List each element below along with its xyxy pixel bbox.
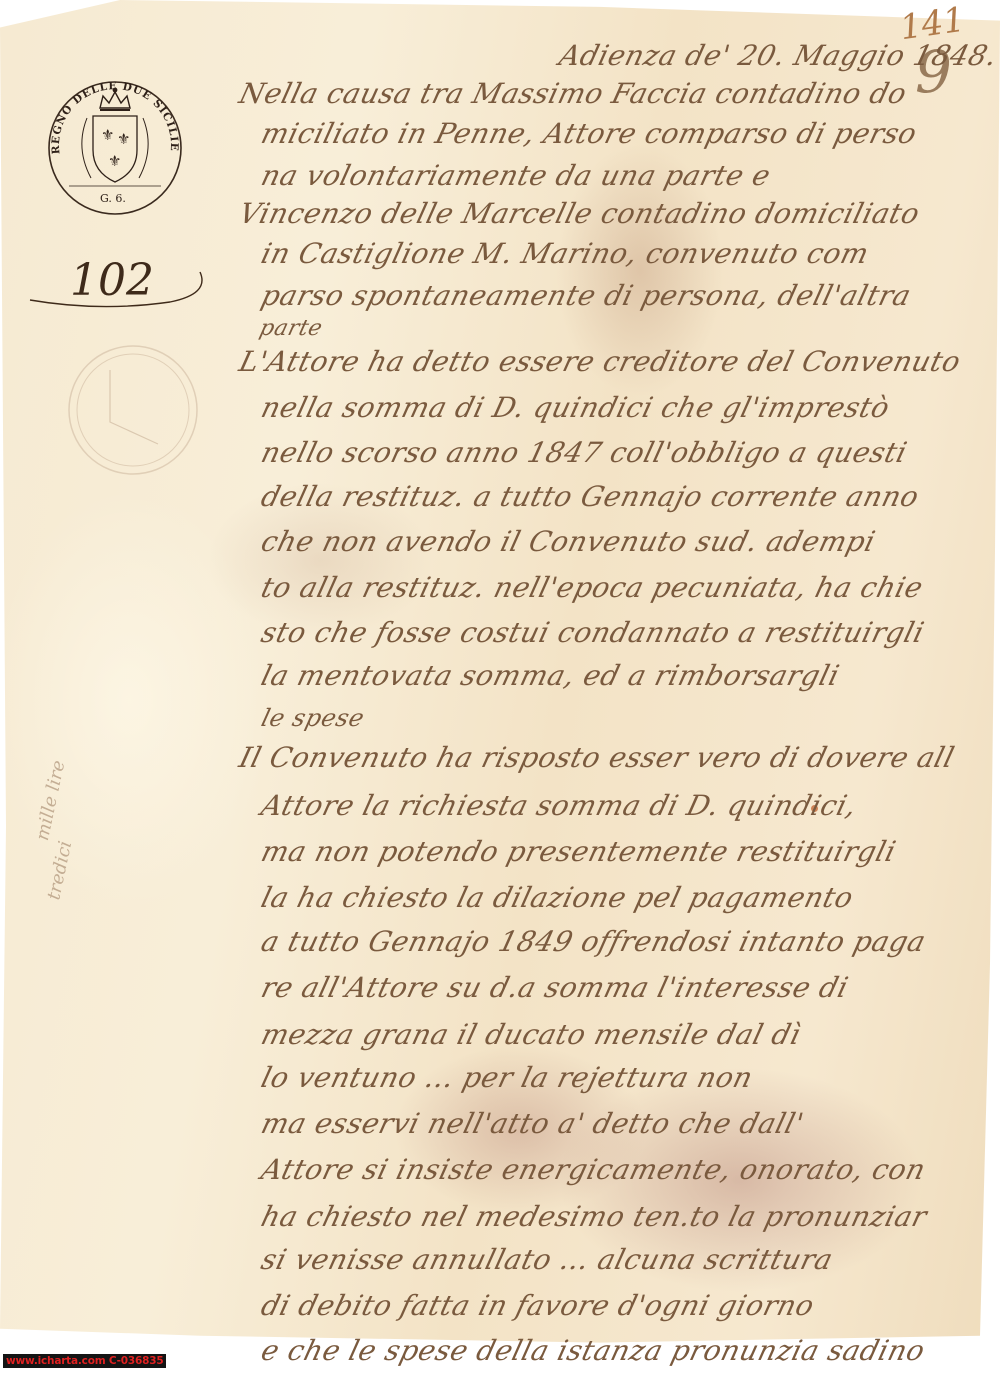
text-line: Nella causa tra Massimo Faccia contadino…	[236, 77, 910, 110]
svg-text:⚜: ⚜	[117, 130, 130, 148]
text-line: parte	[257, 316, 325, 341]
text-line: Adienza de' 20. Maggio 1848.	[556, 39, 1000, 72]
text-line: sto che fosse costui condannato a restit…	[258, 616, 928, 649]
text-line: Il Convenuto ha risposto esser vero di d…	[236, 741, 958, 774]
text-line: la mentovata somma, ed a rimborsargli	[258, 659, 843, 692]
svg-text:G. 6.: G. 6.	[100, 192, 126, 205]
text-line: a tutto Gennajo 1849 offrendosi intanto …	[258, 925, 929, 958]
text-line: ma non potendo presentemente restituirgl…	[258, 835, 900, 868]
text-line: Vincenzo delle Marcelle contadino domici…	[236, 197, 923, 230]
revenue-stamp-icon: REGNO DELLE DUE SICILIE ⚜ ⚜ ⚜ G. 6.	[45, 78, 185, 218]
text-line: L'Attore ha detto essere creditore del C…	[236, 345, 964, 378]
text-line: Attore la richiesta somma di D. quindici…	[258, 789, 860, 822]
text-line: e che le spese della istanza pronunzia s…	[258, 1334, 929, 1367]
text-line: in Castiglione M. Marino, convenuto com	[258, 237, 873, 270]
text-line: le spese	[259, 704, 368, 732]
text-line: na volontariamente da una parte e	[258, 159, 774, 192]
text-line: lo ventuno ... per la rejettura non	[258, 1061, 757, 1094]
text-line: nella somma di D. quindici che gl'impres…	[258, 391, 893, 424]
text-line: ha chiesto nel medesimo ten.to la pronun…	[258, 1200, 931, 1233]
embossed-seal-icon	[58, 340, 208, 480]
text-line: to alla restituz. nell'epoca pecuniata, …	[258, 571, 927, 604]
underline-flourish-icon	[20, 262, 230, 322]
text-line: re all'Attore su d.a somma l'interesse d…	[258, 971, 852, 1004]
text-line: miciliato in Penne, Attore comparso di p…	[258, 117, 921, 150]
text-line: nello scorso anno 1847 coll'obbligo a qu…	[258, 436, 911, 469]
text-line: parso spontaneamente di persona, dell'al…	[258, 279, 915, 312]
text-line: mezza grana il ducato mensile dal dì	[258, 1018, 804, 1051]
svg-text:⚜: ⚜	[101, 126, 114, 144]
svg-text:⚜: ⚜	[108, 152, 121, 170]
text-line: la ha chiesto la dilazione pel pagamento	[258, 881, 857, 914]
text-line: si venisse annullato ... alcuna scrittur…	[258, 1243, 837, 1276]
text-line: che non avendo il Convenuto sud. adempi	[258, 525, 879, 558]
text-line: della restituz. a tutto Gennajo corrente…	[258, 480, 923, 513]
watermark-label: www.icharta.com C-036835	[3, 1354, 166, 1368]
text-line: di debito fatta in favore d'ogni giorno	[258, 1289, 818, 1322]
text-line: Attore si insiste energicamente, onorato…	[258, 1153, 929, 1186]
text-line: ma esservi nell'atto a' detto che dall'	[258, 1107, 807, 1140]
